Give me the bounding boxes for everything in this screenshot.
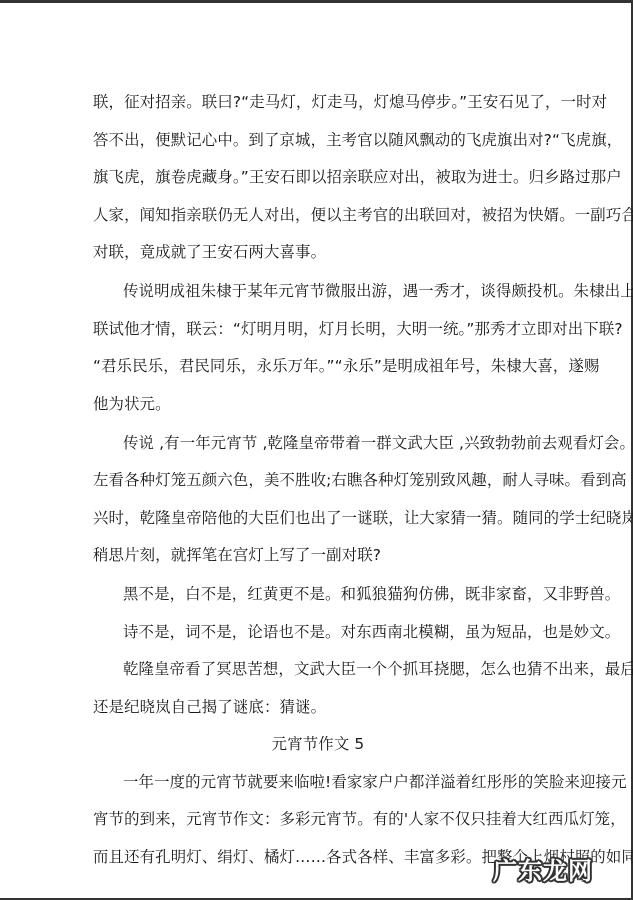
text-line: 而且还有孔明灯、绢灯、橘灯……各式各样、丰富多彩。把整个上烟村照的如同 [93,839,543,877]
text-line: 黑不是，白不是，红黄更不是。和狐狼猫狗仿佛，既非家畜，又非野兽。 [93,576,543,614]
text-line: 答不出，便默记心中。到了京城，主考官以随风飘动的飞虎旗出对?“飞虎旗， [93,122,543,160]
text-line: 稍思片刻，就挥笔在宫灯上写了一副对联? [93,537,543,575]
couplet-first-line: 黑不是，白不是，红黄更不是。和狐狼猫狗仿佛，既非家畜，又非野兽。 [93,576,543,614]
text-line: “君乐民乐，君民同乐，永乐万年。”“永乐”是明成祖年号，朱棣大喜，遂赐 [93,348,543,386]
text-line: 宵节的到来，元宵节作文：多彩元宵节。有的'人家不仅只挂着大红西瓜灯笼， [93,801,543,839]
text-line: 旗飞虎，旗卷虎藏身。”王安石即以招亲联应对出，被取为进士。归乡路过那户 [93,159,543,197]
paragraph-zhu-di: 传说明成祖朱棣于某年元宵节微服出游，遇一秀才，谈得颇投机。朱棣出上 联试他才情，… [93,273,543,423]
watermark-logo: 广东龙网 [493,851,593,886]
text-line: 联试他才情，联云：“灯明月明，灯月长明，大明一统。”那秀才立即对出下联? [93,311,543,349]
text-line: 一年一度的元宵节就要来临啦!看家家户户都洋溢着红彤彤的笑脸来迎接元 [93,764,543,802]
text-line: 传说 ,有一年元宵节 ,乾隆皇帝带着一群文武大臣 ,兴致勃勃前去观看灯会。 [93,425,543,463]
text-line: 联，征对招亲。联曰?“走马灯，灯走马，灯熄马停步。”王安石见了，一时对 [93,84,543,122]
text-line: 他为状元。 [93,386,543,424]
paragraph-essay-5: 一年一度的元宵节就要来临啦!看家家户户都洋溢着红彤彤的笑脸来迎接元 宵节的到来，… [93,764,543,877]
paragraph-riddle-answer: 乾隆皇帝看了冥思苦想，文武大臣一个个抓耳挠腮，怎么也猜不出来，最后 还是纪晓岚自… [93,651,543,726]
text-line: 乾隆皇帝看了冥思苦想，文武大臣一个个抓耳挠腮，怎么也猜不出来，最后 [93,651,543,689]
document-page: 联，征对招亲。联曰?“走马灯，灯走马，灯熄马停步。”王安石见了，一时对 答不出，… [93,84,543,876]
text-line: 对联，竟成就了王安石两大喜事。 [93,234,543,272]
paragraph-qianlong: 传说 ,有一年元宵节 ,乾隆皇帝带着一群文武大臣 ,兴致勃勃前去观看灯会。 左看… [93,425,543,575]
text-line: 人家，闻知指亲联仍无人对出，便以主考官的出联回对，被招为快婿。一副巧合 [93,197,543,235]
text-line: 还是纪晓岚自己揭了谜底：猜谜。 [93,689,543,727]
paragraph-wang-anshi: 联，征对招亲。联曰?“走马灯，灯走马，灯熄马停步。”王安石见了，一时对 答不出，… [93,84,543,272]
section-title: 元宵节作文 5 [93,726,543,764]
text-line: 诗不是，词不是，论语也不是。对东西南北模糊，虽为短品，也是妙文。 [93,614,543,652]
text-line: 兴时，乾隆皇帝陪他的大臣们也出了一谜联，让大家猜一猜。随同的学士纪晓岚 [93,500,543,538]
text-line: 左看各种灯笼五颜六色，美不胜收;右瞧各种灯笼别致风趣，耐人寻味。看到高 [93,462,543,500]
text-line: 传说明成祖朱棣于某年元宵节微服出游，遇一秀才，谈得颇投机。朱棣出上 [93,273,543,311]
couplet-second-line: 诗不是，词不是，论语也不是。对东西南北模糊，虽为短品，也是妙文。 [93,614,543,652]
top-border [0,0,633,3]
